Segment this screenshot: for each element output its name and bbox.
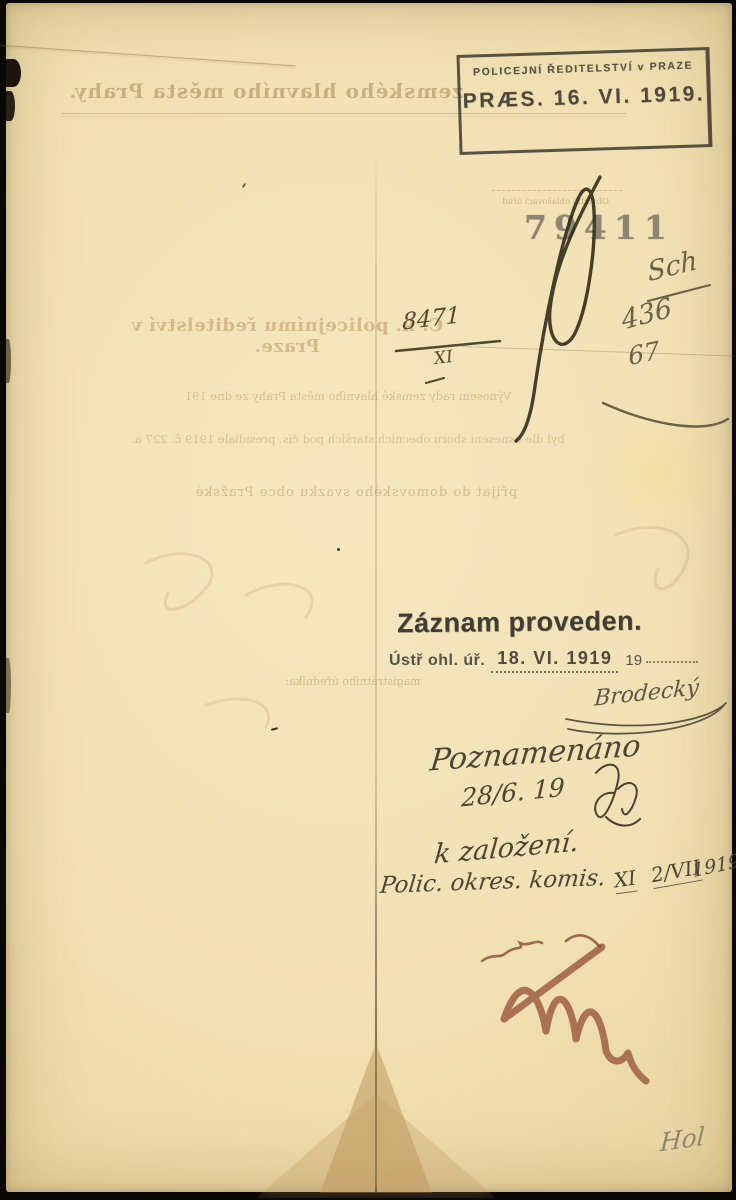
document-scan: { "document": { "type": "archival scan, … [0, 0, 736, 1200]
bleedthrough-dashes [492, 190, 622, 191]
official-signature: Brodecký [593, 675, 699, 711]
handwritten-note-line3: k založení. [433, 827, 580, 871]
bleedthrough-body-line: Výnosem rady zemské hlavního města Prahy… [94, 389, 602, 403]
edge-tear [6, 339, 11, 383]
bleedthrough-body-line: byl dle usnesení sboru obecních starších… [90, 432, 606, 446]
record-office-label: Ústř ohl. úř. [389, 652, 485, 670]
vertical-fold-line [375, 143, 377, 1192]
handwritten-case-denominator: XI [433, 347, 454, 369]
handwritten-file-ref-top: Sch [646, 245, 699, 288]
bleedthrough-body-line: přijat do domovského svazku obce Pražské [144, 485, 568, 500]
ink-speck [242, 183, 246, 188]
edge-tear [6, 658, 11, 713]
police-registry-stamp: POLICEJNÍ ŘEDITELSTVÍ v PRAZE PRÆS. 16. … [456, 47, 712, 155]
handwritten-case-numerator: 8471 [402, 302, 461, 335]
record-date-field: 18. VI. 1919 [491, 649, 618, 673]
signature-flourish-stroke [566, 703, 726, 734]
clerk-paraph-stroke [595, 765, 640, 826]
red-crayon-signature [504, 947, 646, 1081]
bleedthrough-office-line: Obvodní ohlašovací úřad [468, 197, 643, 207]
right-crease [461, 346, 736, 357]
handwritten-file-ref-bot: 67 [627, 336, 661, 372]
edge-tear [6, 91, 15, 121]
ink-strokes-overlay [6, 3, 736, 1200]
bleedthrough-title: zemského hlavního města Prahy. [46, 79, 486, 103]
record-done-stamp: Záznam proveden. [397, 606, 642, 640]
top-crease [0, 45, 296, 67]
case-number-dash [426, 378, 444, 383]
ink-speck [337, 548, 340, 551]
record-year-prefix: 19 [625, 652, 642, 669]
file-number-stamp: 79411 [524, 208, 674, 247]
bleedthrough-clerk-line: magistrátního úředníka: [239, 675, 467, 688]
ink-speck [271, 727, 278, 731]
record-date-stamp: 18. VI. 1919 [497, 648, 612, 669]
registry-stamp-office-line: POLICEJNÍ ŘEDITELSTVÍ v PRAZE [460, 59, 706, 79]
handwritten-note-line2: 28/6. 19 [461, 772, 565, 812]
edge-tear [6, 59, 21, 87]
scanner-background: zemského hlavního města Prahy. Obvodní o… [0, 0, 736, 1200]
handwritten-note-line1: Poznamenáno [428, 728, 642, 778]
handwritten-file-ref-mid: 436 [619, 292, 674, 336]
paper-sheet: zemského hlavního města Prahy. Obvodní o… [6, 3, 732, 1192]
handwritten-note-line4: Polic. okres. komis. [379, 865, 607, 899]
pencil-initials: Hol [659, 1122, 705, 1158]
record-office-line: Ústř ohl. úř. 18. VI. 1919 19 [389, 649, 698, 673]
record-dotted-line [646, 661, 698, 663]
registry-stamp-date-line: PRÆS. 16. VI. 1919. [461, 82, 708, 114]
red-pen-hook-stroke [482, 935, 600, 961]
paper-highlight [581, 403, 731, 543]
handwritten-district-numeral: XI [612, 866, 638, 895]
